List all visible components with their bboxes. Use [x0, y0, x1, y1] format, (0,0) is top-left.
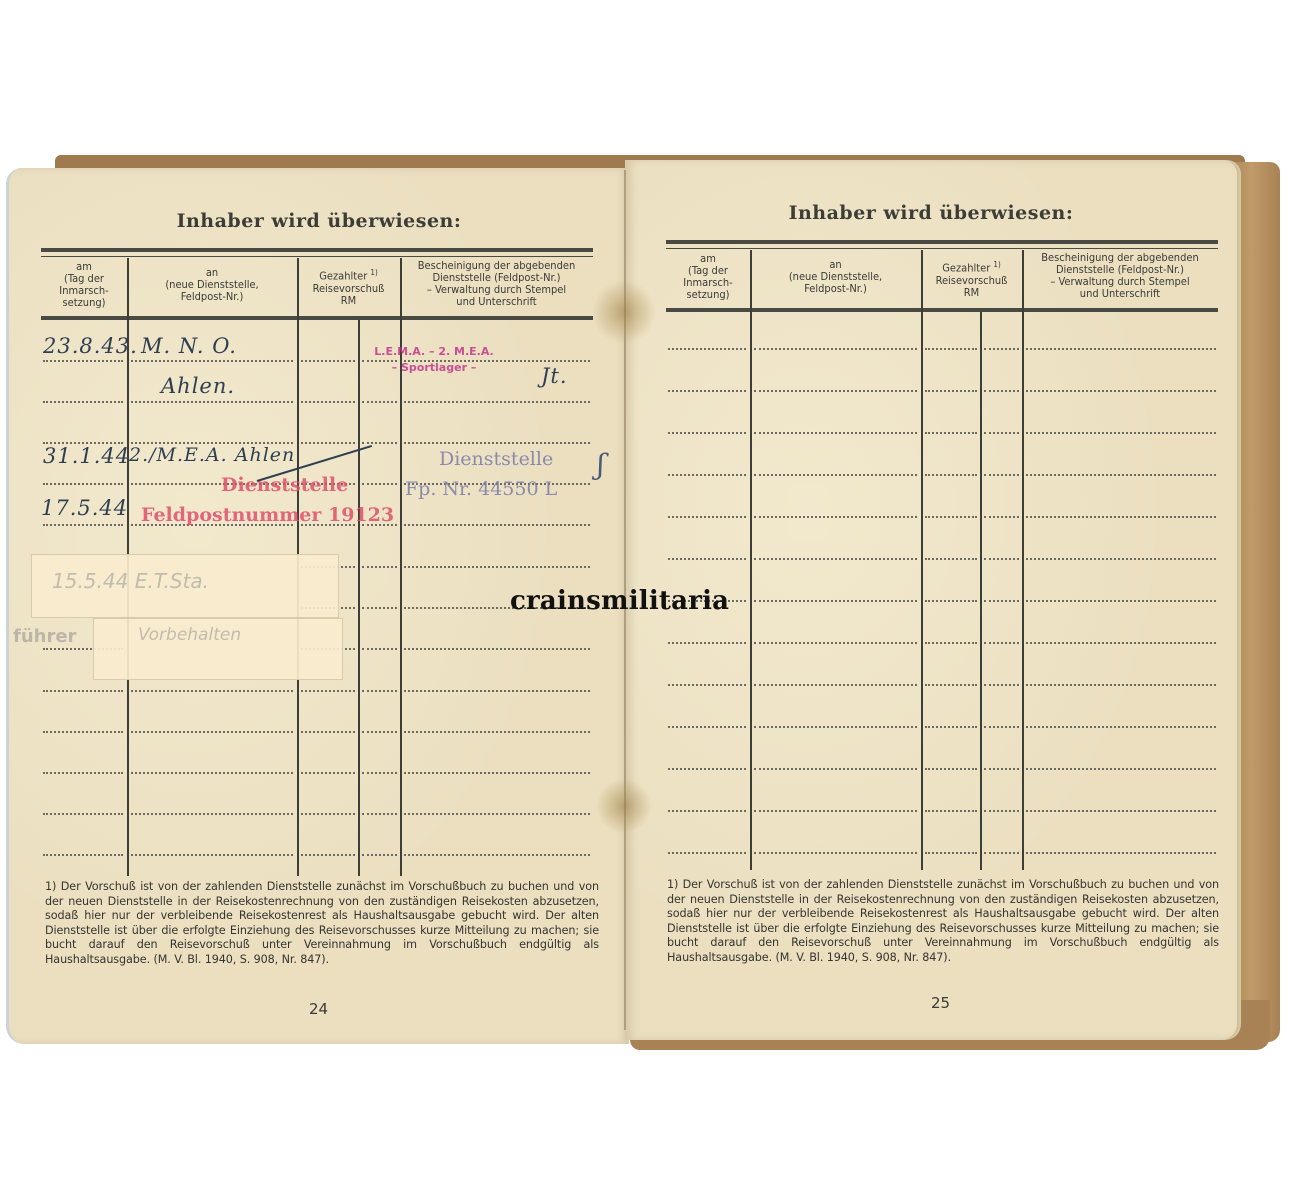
entry-line [984, 390, 1019, 392]
entry-line [362, 607, 397, 609]
column-header-certification: Bescheinigung der abgebendenDienststelle… [400, 260, 593, 308]
entry-line [668, 726, 746, 728]
entry-line [754, 558, 917, 560]
entry-line [984, 516, 1019, 518]
page-number: 24 [309, 1000, 328, 1018]
entry-line [984, 684, 1019, 686]
entry-signature: ʃ [597, 448, 606, 481]
entry-line [1026, 348, 1216, 350]
entry-line [404, 442, 590, 444]
table-top-rule-thin [41, 256, 593, 257]
entry-line [984, 852, 1019, 854]
entry-line [754, 516, 917, 518]
entry-line [404, 566, 590, 568]
entry-line [362, 854, 397, 856]
entry-line [984, 432, 1019, 434]
entry-line [1026, 390, 1216, 392]
entry-line [754, 432, 917, 434]
entry-line [925, 642, 977, 644]
entry-line [362, 731, 397, 733]
column-divider [921, 250, 923, 870]
entry-line [301, 360, 355, 362]
entry-line [404, 524, 590, 526]
entry-line [754, 642, 917, 644]
column-divider [750, 250, 752, 870]
entry-line [43, 360, 123, 362]
entry-line [668, 768, 746, 770]
entry-line [131, 813, 293, 815]
entry-line [984, 726, 1019, 728]
entry-line [43, 483, 123, 485]
entry-line [984, 642, 1019, 644]
header-bottom-rule [666, 308, 1218, 312]
entry-line [668, 432, 746, 434]
entry-line [925, 558, 977, 560]
entry-line [754, 474, 917, 476]
entry-line [43, 731, 123, 733]
entry-line [925, 516, 977, 518]
entry-date: 23.8.43. [43, 334, 138, 358]
entry-line [754, 600, 917, 602]
dienststelle-stamp-line1: Dienststelle [221, 474, 348, 496]
entry-line [404, 690, 590, 692]
open-soldbuch: Inhaber wird überwiesen: am(Tag derInmar… [0, 0, 1300, 1200]
entry-line [43, 401, 123, 403]
entry-line [925, 432, 977, 434]
entry-line [984, 600, 1019, 602]
entry-line [925, 852, 977, 854]
entry-line [668, 852, 746, 854]
entry-line [925, 474, 977, 476]
entry-line [404, 731, 590, 733]
entry-line [668, 558, 746, 560]
column-header-advance: Gezahlter 1)ReisevorschußRM [921, 259, 1022, 299]
table-top-rule-thin [666, 248, 1218, 249]
entry-line [362, 401, 397, 403]
entry-destination: 2./M.E.A. Ahlen [129, 444, 295, 466]
transfer-table: am(Tag derInmarsch-setzung) an(neue Dien… [666, 240, 1218, 870]
entry-line [131, 690, 293, 692]
entry-line [131, 854, 293, 856]
entry-line [754, 726, 917, 728]
staple-rust-stain [592, 280, 656, 344]
entry-line [1026, 432, 1216, 434]
entry-line [984, 474, 1019, 476]
entry-line [301, 401, 355, 403]
entry-line [362, 772, 397, 774]
entry-line [301, 690, 355, 692]
entry-line [404, 648, 590, 650]
tape-strip: 15.5.44 E.T.Sta. [31, 554, 339, 618]
entry-line [668, 642, 746, 644]
entry-line [1026, 684, 1216, 686]
table-top-rule [41, 248, 593, 252]
entry-line [362, 813, 397, 815]
table-top-rule [666, 240, 1218, 244]
entry-line [404, 813, 590, 815]
entry-line [984, 348, 1019, 350]
entry-line [43, 524, 123, 526]
feldpost-stamp-line2: Fp. Nr. 44550 L [405, 478, 557, 500]
page-title: Inhaber wird überwiesen: [625, 202, 1237, 224]
page-title: Inhaber wird überwiesen: [9, 210, 629, 232]
column-header-destination: an(neue Dienststelle,Feldpost-Nr.) [127, 267, 297, 303]
entry-line [301, 731, 355, 733]
entry-line [1026, 726, 1216, 728]
header-bottom-rule [41, 316, 593, 320]
entry-line [362, 648, 397, 650]
entry-line [131, 772, 293, 774]
entry-signature: Jt. [541, 364, 568, 388]
entry-line [362, 566, 397, 568]
entry-line [301, 772, 355, 774]
entry-line [404, 401, 590, 403]
entry-line [984, 768, 1019, 770]
entry-line [1026, 474, 1216, 476]
dienststelle-stamp-line2: Feldpostnummer 19123 [141, 504, 394, 526]
entry-line [1026, 768, 1216, 770]
entry-line [131, 401, 293, 403]
entry-line [1026, 810, 1216, 812]
show-through-text: führer [13, 626, 76, 647]
entry-line [404, 854, 590, 856]
entry-line [362, 690, 397, 692]
entry-line [668, 348, 746, 350]
entry-line [362, 442, 397, 444]
entry-line [1026, 558, 1216, 560]
entry-line [1026, 600, 1216, 602]
entry-line [131, 360, 293, 362]
column-header-date: am(Tag derInmarsch-setzung) [41, 261, 127, 309]
entry-destination: M. N. O. [141, 334, 237, 358]
column-divider [358, 320, 360, 876]
entry-line [754, 348, 917, 350]
entry-line [43, 772, 123, 774]
entry-line [925, 810, 977, 812]
entry-line [668, 474, 746, 476]
entry-line [43, 690, 123, 692]
staple-rust-stain [596, 778, 652, 834]
entry-line [668, 390, 746, 392]
unit-stamp: L.E.M.A. – 2. M.E.A. – Sportlager – [359, 344, 509, 376]
entry-destination-line2: Ahlen. [161, 374, 235, 398]
entry-line [404, 772, 590, 774]
tape-strip: Vorbehalten [93, 618, 343, 680]
entry-line [925, 390, 977, 392]
entry-line [754, 810, 917, 812]
entry-line [301, 854, 355, 856]
entry-line [668, 516, 746, 518]
entry-line [984, 810, 1019, 812]
entry-line [301, 813, 355, 815]
footnote: 1) Der Vorschuß ist von der zahlenden Di… [667, 878, 1219, 966]
watermark: crainsmilitaria [510, 586, 729, 616]
entry-line [754, 852, 917, 854]
entry-date: 31.1.44 [43, 444, 130, 468]
entry-line [1026, 852, 1216, 854]
column-header-destination: an(neue Dienststelle,Feldpost-Nr.) [750, 259, 921, 295]
feldpost-stamp-line1: Dienststelle [439, 448, 553, 470]
entry-line [754, 390, 917, 392]
entry-date: 17.5.44 [41, 496, 128, 520]
transfer-table: am(Tag derInmarsch-setzung) an(neue Dien… [41, 248, 593, 876]
footnote: 1) Der Vorschuß ist von der zahlenden Di… [45, 880, 599, 968]
entry-line [925, 768, 977, 770]
entry-line [925, 348, 977, 350]
entry-line [1026, 516, 1216, 518]
book-cover-right-edge [1232, 162, 1280, 1042]
column-header-certification: Bescheinigung der abgebendenDienststelle… [1022, 252, 1218, 300]
entry-line [301, 442, 355, 444]
entry-line [754, 684, 917, 686]
entry-line [131, 731, 293, 733]
entry-line [984, 558, 1019, 560]
column-divider [980, 312, 982, 870]
entry-line [668, 684, 746, 686]
entry-line [925, 600, 977, 602]
entry-line [668, 810, 746, 812]
entry-line [925, 684, 977, 686]
column-header-date: am(Tag derInmarsch-setzung) [666, 253, 750, 301]
column-divider [1022, 250, 1024, 870]
column-header-advance: Gezahlter 1)ReisevorschußRM [297, 267, 400, 307]
entry-line [925, 726, 977, 728]
entry-line [754, 768, 917, 770]
entry-line [362, 483, 397, 485]
entry-line [43, 813, 123, 815]
entry-line [1026, 642, 1216, 644]
entry-line [43, 854, 123, 856]
page-number: 25 [931, 994, 950, 1012]
